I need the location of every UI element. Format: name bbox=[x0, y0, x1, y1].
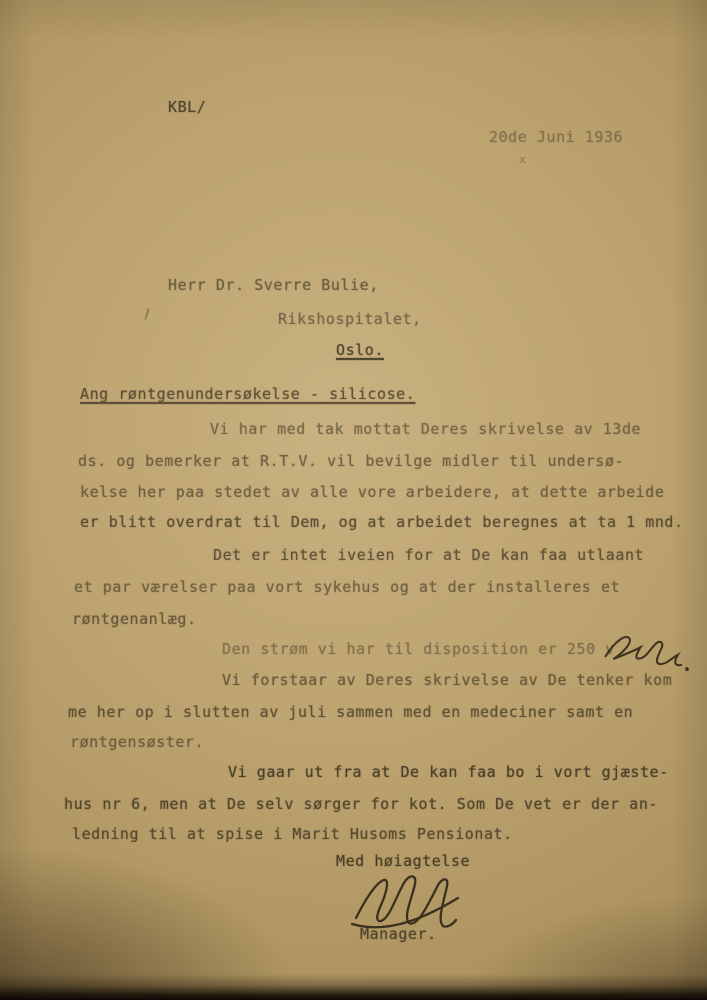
subject-line: Ang røntgenundersøkelse - silicose. bbox=[80, 385, 415, 403]
body-line: Vi har med tak mottat Deres skrivelse av… bbox=[210, 420, 641, 438]
body-line: Vi forstaar av Deres skrivelse av De ten… bbox=[222, 671, 672, 689]
scanned-letter-photo: KBL/ 20de Juni 1936 x Herr Dr. Sverre Bu… bbox=[0, 0, 707, 1000]
recipient-institution: Rikshospitalet, bbox=[278, 310, 422, 328]
body-line: me her op i slutten av juli sammen med e… bbox=[68, 703, 633, 721]
signature bbox=[346, 868, 480, 930]
body-line: hus nr 6, men at De selv sørger for kot.… bbox=[64, 795, 658, 813]
letter-date: 20de Juni 1936 bbox=[489, 128, 623, 146]
paper-scratch-mark bbox=[144, 308, 150, 320]
photo-bottom-edge bbox=[0, 974, 707, 1000]
body-line: røntgenanlæg. bbox=[72, 610, 197, 628]
body-line: kelse her paa stedet av alle vore arbeid… bbox=[80, 483, 664, 501]
body-line: Den strøm vi har til disposition er 250 … bbox=[222, 640, 615, 658]
recipient-name: Herr Dr. Sverre Bulie, bbox=[168, 276, 379, 294]
body-line: røntgensøster. bbox=[70, 733, 204, 751]
body-line: er blitt overdrat til Dem, og at arbeide… bbox=[80, 513, 684, 531]
body-line: et par værelser paa vort sykehus og at d… bbox=[74, 578, 620, 596]
signer-title: Manager. bbox=[360, 925, 437, 943]
reference-initials: KBL/ bbox=[168, 98, 206, 116]
body-line: Vi gaar ut fra at De kan faa bo i vort g… bbox=[228, 763, 669, 781]
body-line: ds. og bemerker at R.T.V. vil bevilge mi… bbox=[78, 452, 624, 470]
body-line: Det er intet iveien for at De kan faa ut… bbox=[213, 546, 644, 564]
stray-mark: x bbox=[519, 153, 526, 166]
recipient-city: Oslo. bbox=[336, 341, 384, 359]
body-line: ledning til at spise i Marit Husoms Pens… bbox=[72, 825, 513, 843]
